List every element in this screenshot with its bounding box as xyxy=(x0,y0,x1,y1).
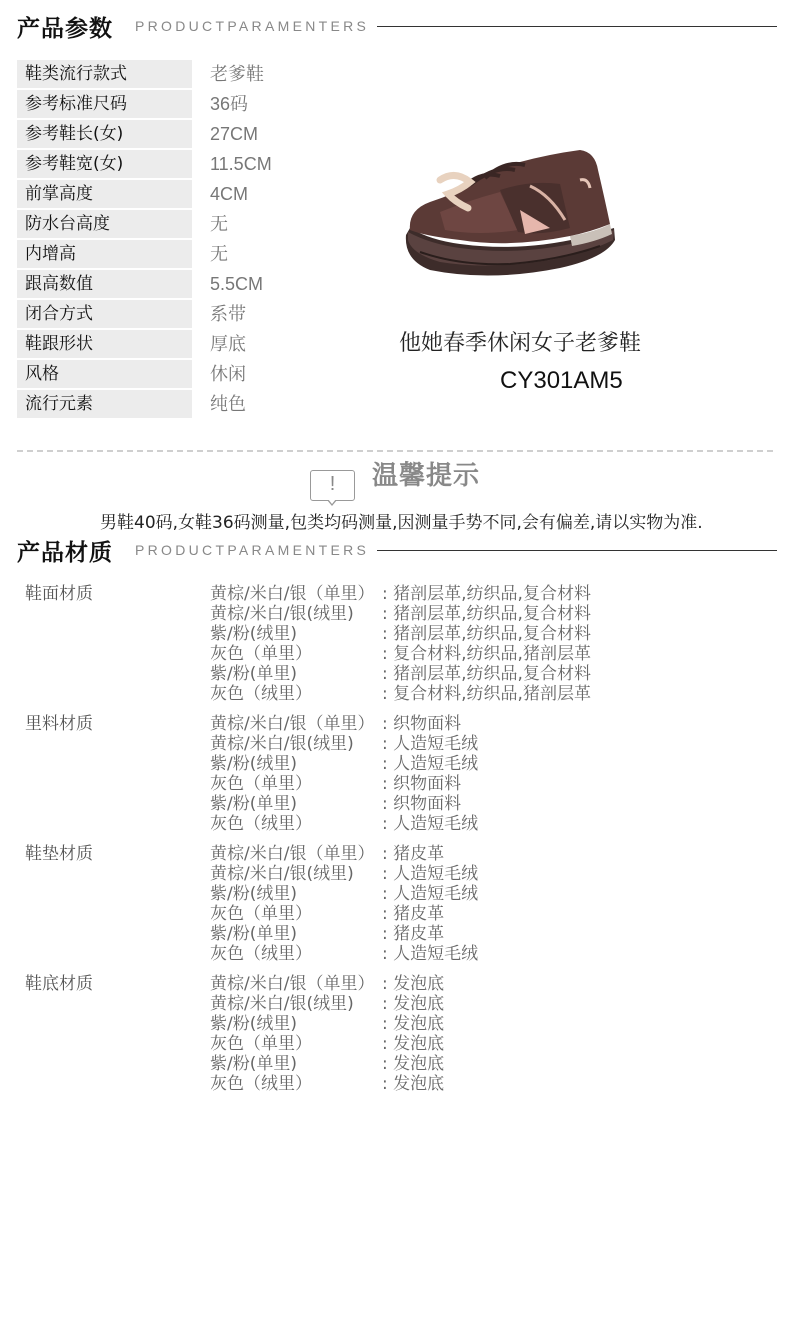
material-variant: 灰色（单里） xyxy=(210,1034,382,1054)
param-key: 风格 xyxy=(17,360,192,388)
material-row: 灰色（绒里）: 发泡底 xyxy=(210,1074,444,1094)
param-row: 风格休闲 xyxy=(17,360,272,390)
material-row: 紫/粉(绒里): 发泡底 xyxy=(210,1014,444,1034)
material-variant: 紫/粉(绒里) xyxy=(210,884,382,904)
material-value: : 发泡底 xyxy=(382,1034,444,1054)
material-value: : 猪皮革 xyxy=(382,844,444,864)
material-row: 黄棕/米白/银(绒里): 猪剖层革,纺织品,复合材料 xyxy=(210,604,591,624)
material-label: 里料材质 xyxy=(25,714,210,834)
param-value: 纯色 xyxy=(192,390,246,420)
param-key: 流行元素 xyxy=(17,390,192,418)
material-row: 黄棕/米白/银（单里）: 发泡底 xyxy=(210,974,444,994)
material-label: 鞋底材质 xyxy=(25,974,210,1094)
material-value: : 猪皮革 xyxy=(382,904,444,924)
materials-list: 鞋面材质 黄棕/米白/银（单里）: 猪剖层革,纺织品,复合材料 黄棕/米白/银(… xyxy=(25,584,765,1104)
material-group: 里料材质 黄棕/米白/银（单里）: 织物面料 黄棕/米白/银(绒里): 人造短毛… xyxy=(25,714,765,834)
material-variant: 紫/粉(绒里) xyxy=(210,754,382,774)
material-value: : 发泡底 xyxy=(382,974,444,994)
product-image xyxy=(400,140,620,290)
product-name: 他她春季休闲女子老爹鞋 xyxy=(399,326,641,357)
material-group: 鞋底材质 黄棕/米白/银（单里）: 发泡底 黄棕/米白/银(绒里): 发泡底 紫… xyxy=(25,974,765,1094)
material-label: 鞋垫材质 xyxy=(25,844,210,964)
material-variant: 黄棕/米白/银（单里） xyxy=(210,844,382,864)
material-variant: 紫/粉(单里) xyxy=(210,924,382,944)
material-value: : 人造短毛绒 xyxy=(382,814,478,834)
material-value: : 猪剖层革,纺织品,复合材料 xyxy=(382,584,591,604)
section-title: 产品材质 xyxy=(17,534,113,567)
material-value: : 复合材料,纺织品,猪剖层革 xyxy=(382,644,591,664)
section-title: 产品参数 xyxy=(17,10,113,43)
material-group: 鞋垫材质 黄棕/米白/银（单里）: 猪皮革 黄棕/米白/银(绒里): 人造短毛绒… xyxy=(25,844,765,964)
material-variant: 灰色（单里） xyxy=(210,644,382,664)
material-value: : 织物面料 xyxy=(382,794,461,814)
material-variant: 紫/粉(绒里) xyxy=(210,624,382,644)
divider-line xyxy=(377,26,777,27)
dashed-divider xyxy=(17,450,773,452)
material-row: 紫/粉(单里): 发泡底 xyxy=(210,1054,444,1074)
material-value: : 人造短毛绒 xyxy=(382,864,478,884)
material-variant: 黄棕/米白/银(绒里) xyxy=(210,864,382,884)
material-variant: 灰色（单里） xyxy=(210,774,382,794)
product-code: CY301AM5 xyxy=(500,367,623,395)
material-row: 灰色（单里）: 复合材料,纺织品,猪剖层革 xyxy=(210,644,591,664)
material-variant: 黄棕/米白/银(绒里) xyxy=(210,994,382,1014)
param-key: 跟高数值 xyxy=(17,270,192,298)
sneaker-icon xyxy=(400,140,620,290)
param-row: 参考鞋宽(女)11.5CM xyxy=(17,150,272,180)
material-variant: 灰色（绒里） xyxy=(210,684,382,704)
param-value: 27CM xyxy=(192,120,258,150)
param-key: 防水台高度 xyxy=(17,210,192,238)
material-row: 灰色（绒里）: 复合材料,纺织品,猪剖层革 xyxy=(210,684,591,704)
material-row: 灰色（绒里）: 人造短毛绒 xyxy=(210,944,478,964)
material-row: 黄棕/米白/银（单里）: 猪皮革 xyxy=(210,844,478,864)
material-value: : 人造短毛绒 xyxy=(382,884,478,904)
param-value: 4CM xyxy=(192,180,248,210)
section-header-materials: 产品材质 PRODUCTPARAMENTERS xyxy=(17,530,777,570)
param-row: 跟高数值5.5CM xyxy=(17,270,272,300)
param-key: 参考标准尺码 xyxy=(17,90,192,118)
speech-tail-icon xyxy=(327,500,337,506)
material-row: 紫/粉(单里): 织物面料 xyxy=(210,794,478,814)
material-variant: 黄棕/米白/银(绒里) xyxy=(210,604,382,624)
material-group: 鞋面材质 黄棕/米白/银（单里）: 猪剖层革,纺织品,复合材料 黄棕/米白/银(… xyxy=(25,584,765,704)
material-variant: 灰色（单里） xyxy=(210,904,382,924)
material-row: 紫/粉(绒里): 猪剖层革,纺织品,复合材料 xyxy=(210,624,591,644)
param-value: 厚底 xyxy=(192,330,246,360)
material-variant: 紫/粉(绒里) xyxy=(210,1014,382,1034)
param-value: 36码 xyxy=(192,90,248,120)
param-key: 参考鞋长(女) xyxy=(17,120,192,148)
param-value: 无 xyxy=(192,240,228,270)
param-value: 5.5CM xyxy=(192,270,263,300)
param-key: 鞋类流行款式 xyxy=(17,60,192,88)
param-row: 闭合方式系带 xyxy=(17,300,272,330)
material-value: : 织物面料 xyxy=(382,714,461,734)
material-row: 灰色（单里）: 猪皮革 xyxy=(210,904,478,924)
param-value: 休闲 xyxy=(192,360,246,390)
param-row: 鞋跟形状厚底 xyxy=(17,330,272,360)
param-value: 老爹鞋 xyxy=(192,60,264,90)
material-value: : 人造短毛绒 xyxy=(382,944,478,964)
material-variant: 灰色（绒里） xyxy=(210,944,382,964)
material-row: 灰色（单里）: 织物面料 xyxy=(210,774,478,794)
material-variant: 紫/粉(单里) xyxy=(210,794,382,814)
section-subtitle: PRODUCTPARAMENTERS xyxy=(135,18,369,34)
param-row: 参考鞋长(女)27CM xyxy=(17,120,272,150)
material-variant: 黄棕/米白/银(绒里) xyxy=(210,734,382,754)
material-value: : 猪剖层革,纺织品,复合材料 xyxy=(382,664,591,684)
section-subtitle: PRODUCTPARAMENTERS xyxy=(135,542,369,558)
material-value: : 发泡底 xyxy=(382,1014,444,1034)
material-value: : 猪剖层革,纺织品,复合材料 xyxy=(382,624,591,644)
material-value: : 发泡底 xyxy=(382,994,444,1014)
material-value: : 人造短毛绒 xyxy=(382,734,478,754)
param-row: 鞋类流行款式老爹鞋 xyxy=(17,60,272,90)
material-variant: 黄棕/米白/银（单里） xyxy=(210,584,382,604)
material-value: : 织物面料 xyxy=(382,774,461,794)
material-value: : 发泡底 xyxy=(382,1074,444,1094)
param-key: 鞋跟形状 xyxy=(17,330,192,358)
param-value: 无 xyxy=(192,210,228,240)
material-value: : 人造短毛绒 xyxy=(382,754,478,774)
material-value: : 猪皮革 xyxy=(382,924,444,944)
material-variant: 黄棕/米白/银（单里） xyxy=(210,714,382,734)
material-variant: 紫/粉(单里) xyxy=(210,664,382,684)
material-row: 紫/粉(单里): 猪剖层革,纺织品,复合材料 xyxy=(210,664,591,684)
divider-line xyxy=(377,550,777,551)
material-variant: 紫/粉(单里) xyxy=(210,1054,382,1074)
material-row: 黄棕/米白/银（单里）: 织物面料 xyxy=(210,714,478,734)
material-variant: 灰色（绒里） xyxy=(210,1074,382,1094)
material-row: 灰色（绒里）: 人造短毛绒 xyxy=(210,814,478,834)
param-row: 前掌高度4CM xyxy=(17,180,272,210)
material-row: 紫/粉(单里): 猪皮革 xyxy=(210,924,478,944)
param-key: 内增高 xyxy=(17,240,192,268)
param-key: 闭合方式 xyxy=(17,300,192,328)
param-key: 参考鞋宽(女) xyxy=(17,150,192,178)
material-label: 鞋面材质 xyxy=(25,584,210,704)
param-row: 防水台高度无 xyxy=(17,210,272,240)
section-header-params: 产品参数 PRODUCTPARAMENTERS xyxy=(17,6,777,46)
param-key: 前掌高度 xyxy=(17,180,192,208)
material-value: : 发泡底 xyxy=(382,1054,444,1074)
tip-title: 温馨提示 xyxy=(372,455,480,492)
material-row: 紫/粉(绒里): 人造短毛绒 xyxy=(210,884,478,904)
param-row: 流行元素纯色 xyxy=(17,390,272,420)
exclamation-speech-icon: ! xyxy=(310,470,355,501)
material-row: 黄棕/米白/银（单里）: 猪剖层革,纺织品,复合材料 xyxy=(210,584,591,604)
params-table: 鞋类流行款式老爹鞋 参考标准尺码36码 参考鞋长(女)27CM 参考鞋宽(女)1… xyxy=(17,60,272,420)
material-value: : 猪剖层革,纺织品,复合材料 xyxy=(382,604,591,624)
material-row: 黄棕/米白/银(绒里): 人造短毛绒 xyxy=(210,734,478,754)
material-row: 紫/粉(绒里): 人造短毛绒 xyxy=(210,754,478,774)
material-row: 黄棕/米白/银(绒里): 人造短毛绒 xyxy=(210,864,478,884)
param-value: 系带 xyxy=(192,300,246,330)
param-row: 参考标准尺码36码 xyxy=(17,90,272,120)
param-value: 11.5CM xyxy=(192,150,272,180)
material-row: 黄棕/米白/银(绒里): 发泡底 xyxy=(210,994,444,1014)
material-row: 灰色（单里）: 发泡底 xyxy=(210,1034,444,1054)
material-variant: 灰色（绒里） xyxy=(210,814,382,834)
param-row: 内增高无 xyxy=(17,240,272,270)
material-value: : 复合材料,纺织品,猪剖层革 xyxy=(382,684,591,704)
material-variant: 黄棕/米白/银（单里） xyxy=(210,974,382,994)
